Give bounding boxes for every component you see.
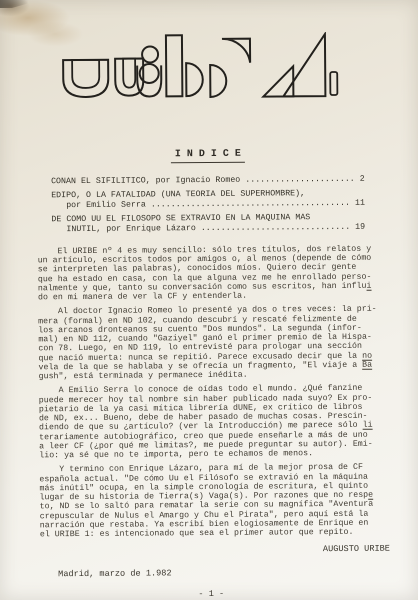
text-segment: gush", está terminada y permanece inédit…: [39, 371, 248, 382]
paragraph: A Emilio Serra lo conoce de oídas todo e…: [39, 384, 418, 461]
index-entry: EDIPO, O LA FATALIDAD (UNA TEORIA DEL SU…: [51, 188, 417, 212]
text-line: el URIBE 1: es intencionado que sea el p…: [40, 528, 418, 540]
editorial-text: El URIBE nº 4 es muy sencillo: sólo tres…: [38, 244, 418, 539]
logo-row: [56, 31, 417, 100]
index-entry-line: INUTIL, por Enrique Lázaro .............…: [51, 223, 417, 236]
logo-letter-b: [166, 35, 203, 96]
text-segment: do en mi manera de ver la CF y entenderl…: [38, 292, 247, 303]
text-segment: el URIBE 1: es intencionado que sea el p…: [40, 528, 354, 539]
index-entry-line: CONAN EL SIFILITICO, por Ignacio Romeo .…: [51, 174, 417, 187]
index-entry: CONAN EL SIFILITICO, por Ignacio Romeo .…: [51, 174, 417, 187]
paragraph: Al doctor Ignacio Romeo lo presenté ya d…: [38, 305, 418, 382]
logo-letter-e: [210, 39, 250, 97]
index-title-wrap: I N D I C E: [0, 141, 417, 164]
underlined-segment: i: [366, 282, 371, 291]
uribe-logo: [56, 32, 345, 100]
text-line: lio: ya sé que no te importa, pero te ec…: [39, 449, 418, 461]
text-line: do en mi manera de ver la CF y entenderl…: [38, 291, 418, 303]
underlined-segment: no: [362, 351, 372, 360]
index-entry: DE COMO UU EL FILOSOPO SE EXTRAVIO EN LA…: [51, 212, 417, 236]
paragraph: El URIBE nº 4 es muy sencillo: sólo tres…: [38, 244, 418, 302]
paragraph: Y termino con Enrique Lázaro, para mí de…: [39, 463, 418, 540]
underlined-segment: e: [368, 491, 373, 500]
index-title: I N D I C E: [171, 149, 245, 164]
page-number: - 1 -: [2, 588, 418, 600]
text-segment: lio: ya sé que no te importa, pero te ec…: [39, 449, 313, 460]
underlined-segment: Ba: [362, 361, 372, 370]
dateline: Madrid, marzo de 1.982: [58, 567, 418, 580]
underlined-segment: li: [363, 421, 373, 430]
author-signature: AUGUSTO URIBE: [2, 544, 390, 557]
index-entries: CONAN EL SIFILITICO, por Ignacio Romeo .…: [51, 174, 417, 236]
text-line: gush", está terminada y permanece inédit…: [39, 370, 418, 382]
scanned-page: I N D I C E CONAN EL SIFILITICO, por Ign…: [0, 0, 418, 600]
logo-letter-u: [63, 60, 108, 97]
page-content: I N D I C E CONAN EL SIFILITICO, por Ign…: [0, 0, 418, 600]
logo-numeral-4: [263, 34, 337, 97]
index-entry-line: por Emilio Serra .......................…: [51, 199, 417, 212]
